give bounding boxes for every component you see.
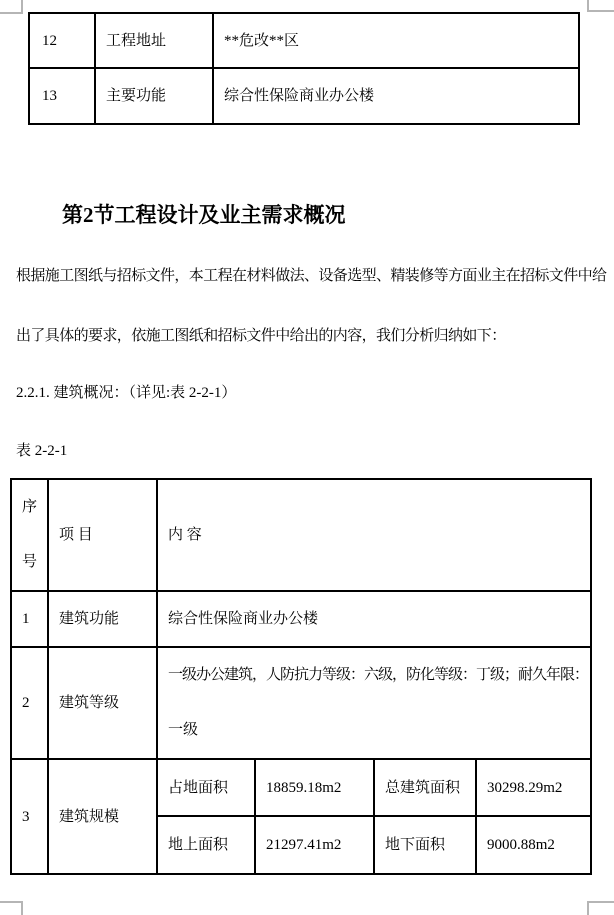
paragraph-line-1: 根据施工图纸与招标文件，本工程在材料做法、设备选型、精装修等方面业主在招标文件中… [16,266,606,286]
content-line-2: 一级 [168,703,588,758]
item-cell: 工程地址 [95,13,213,68]
sub-value-cell: 30298.29m2 [476,759,591,816]
content-cell: **危改**区 [213,13,579,68]
sub-label-cell: 总建筑面积 [374,759,476,816]
main-table: 序 号 项 目 内 容 1 建筑功能 综合性保险商业办公楼 2 建筑等级 一级办… [10,478,592,875]
row-number-cell: 13 [29,68,95,124]
content-cell: 综合性保险商业办公楼 [157,591,591,647]
row-number-cell: 2 [11,647,48,759]
sub-value-cell: 21297.41m2 [255,816,374,874]
top-table: 12 工程地址 **危改**区 13 主要功能 综合性保险商业办公楼 [28,12,580,125]
content-line-1: 一级办公建筑，人防抗力等级：六级，防化等级：丁级；耐久年限： [168,648,588,703]
header-seq-char-1: 序 [22,480,45,535]
crop-mark-top-left-icon [0,0,23,14]
paragraph-line-2: 出了具体的要求，依施工图纸和招标文件中给出的内容，我们分析归纳如下： [16,326,506,346]
content-cell: 综合性保险商业办公楼 [213,68,579,124]
table-caption: 表 2-2-1 [16,441,67,461]
header-content-cell: 内 容 [157,479,591,591]
content-cell: 一级办公建筑，人防抗力等级：六级，防化等级：丁级；耐久年限： 一级 [157,647,591,759]
table-row: 1 建筑功能 综合性保险商业办公楼 [11,591,591,647]
subsection-title: 2.2.1. 建筑概况：（详见:表 2-2-1） [16,383,236,403]
item-cell: 建筑等级 [48,647,157,759]
row-number-cell: 12 [29,13,95,68]
table-row: 13 主要功能 综合性保险商业办公楼 [29,68,579,124]
crop-mark-top-right-icon [587,0,614,12]
header-seq-cell: 序 号 [11,479,48,591]
document-page: 12 工程地址 **危改**区 13 主要功能 综合性保险商业办公楼 第2节工程… [0,0,614,915]
item-cell: 建筑功能 [48,591,157,647]
sub-value-cell: 9000.88m2 [476,816,591,874]
sub-label-cell: 占地面积 [157,759,255,816]
row-number-cell: 3 [11,759,48,874]
crop-mark-bottom-right-icon [587,901,614,915]
header-seq-char-2: 号 [22,535,45,590]
item-cell: 建筑规模 [48,759,157,874]
sub-value-cell: 18859.18m2 [255,759,374,816]
crop-mark-bottom-left-icon [0,901,23,915]
item-cell: 主要功能 [95,68,213,124]
header-row: 序 号 项 目 内 容 [11,479,591,591]
header-item-cell: 项 目 [48,479,157,591]
section-heading: 第2节工程设计及业主需求概况 [62,202,346,228]
table-row: 3 建筑规模 占地面积 18859.18m2 总建筑面积 30298.29m2 [11,759,591,816]
table-row: 12 工程地址 **危改**区 [29,13,579,68]
row-number-cell: 1 [11,591,48,647]
sub-label-cell: 地上面积 [157,816,255,874]
table-row: 2 建筑等级 一级办公建筑，人防抗力等级：六级，防化等级：丁级；耐久年限： 一级 [11,647,591,759]
sub-label-cell: 地下面积 [374,816,476,874]
